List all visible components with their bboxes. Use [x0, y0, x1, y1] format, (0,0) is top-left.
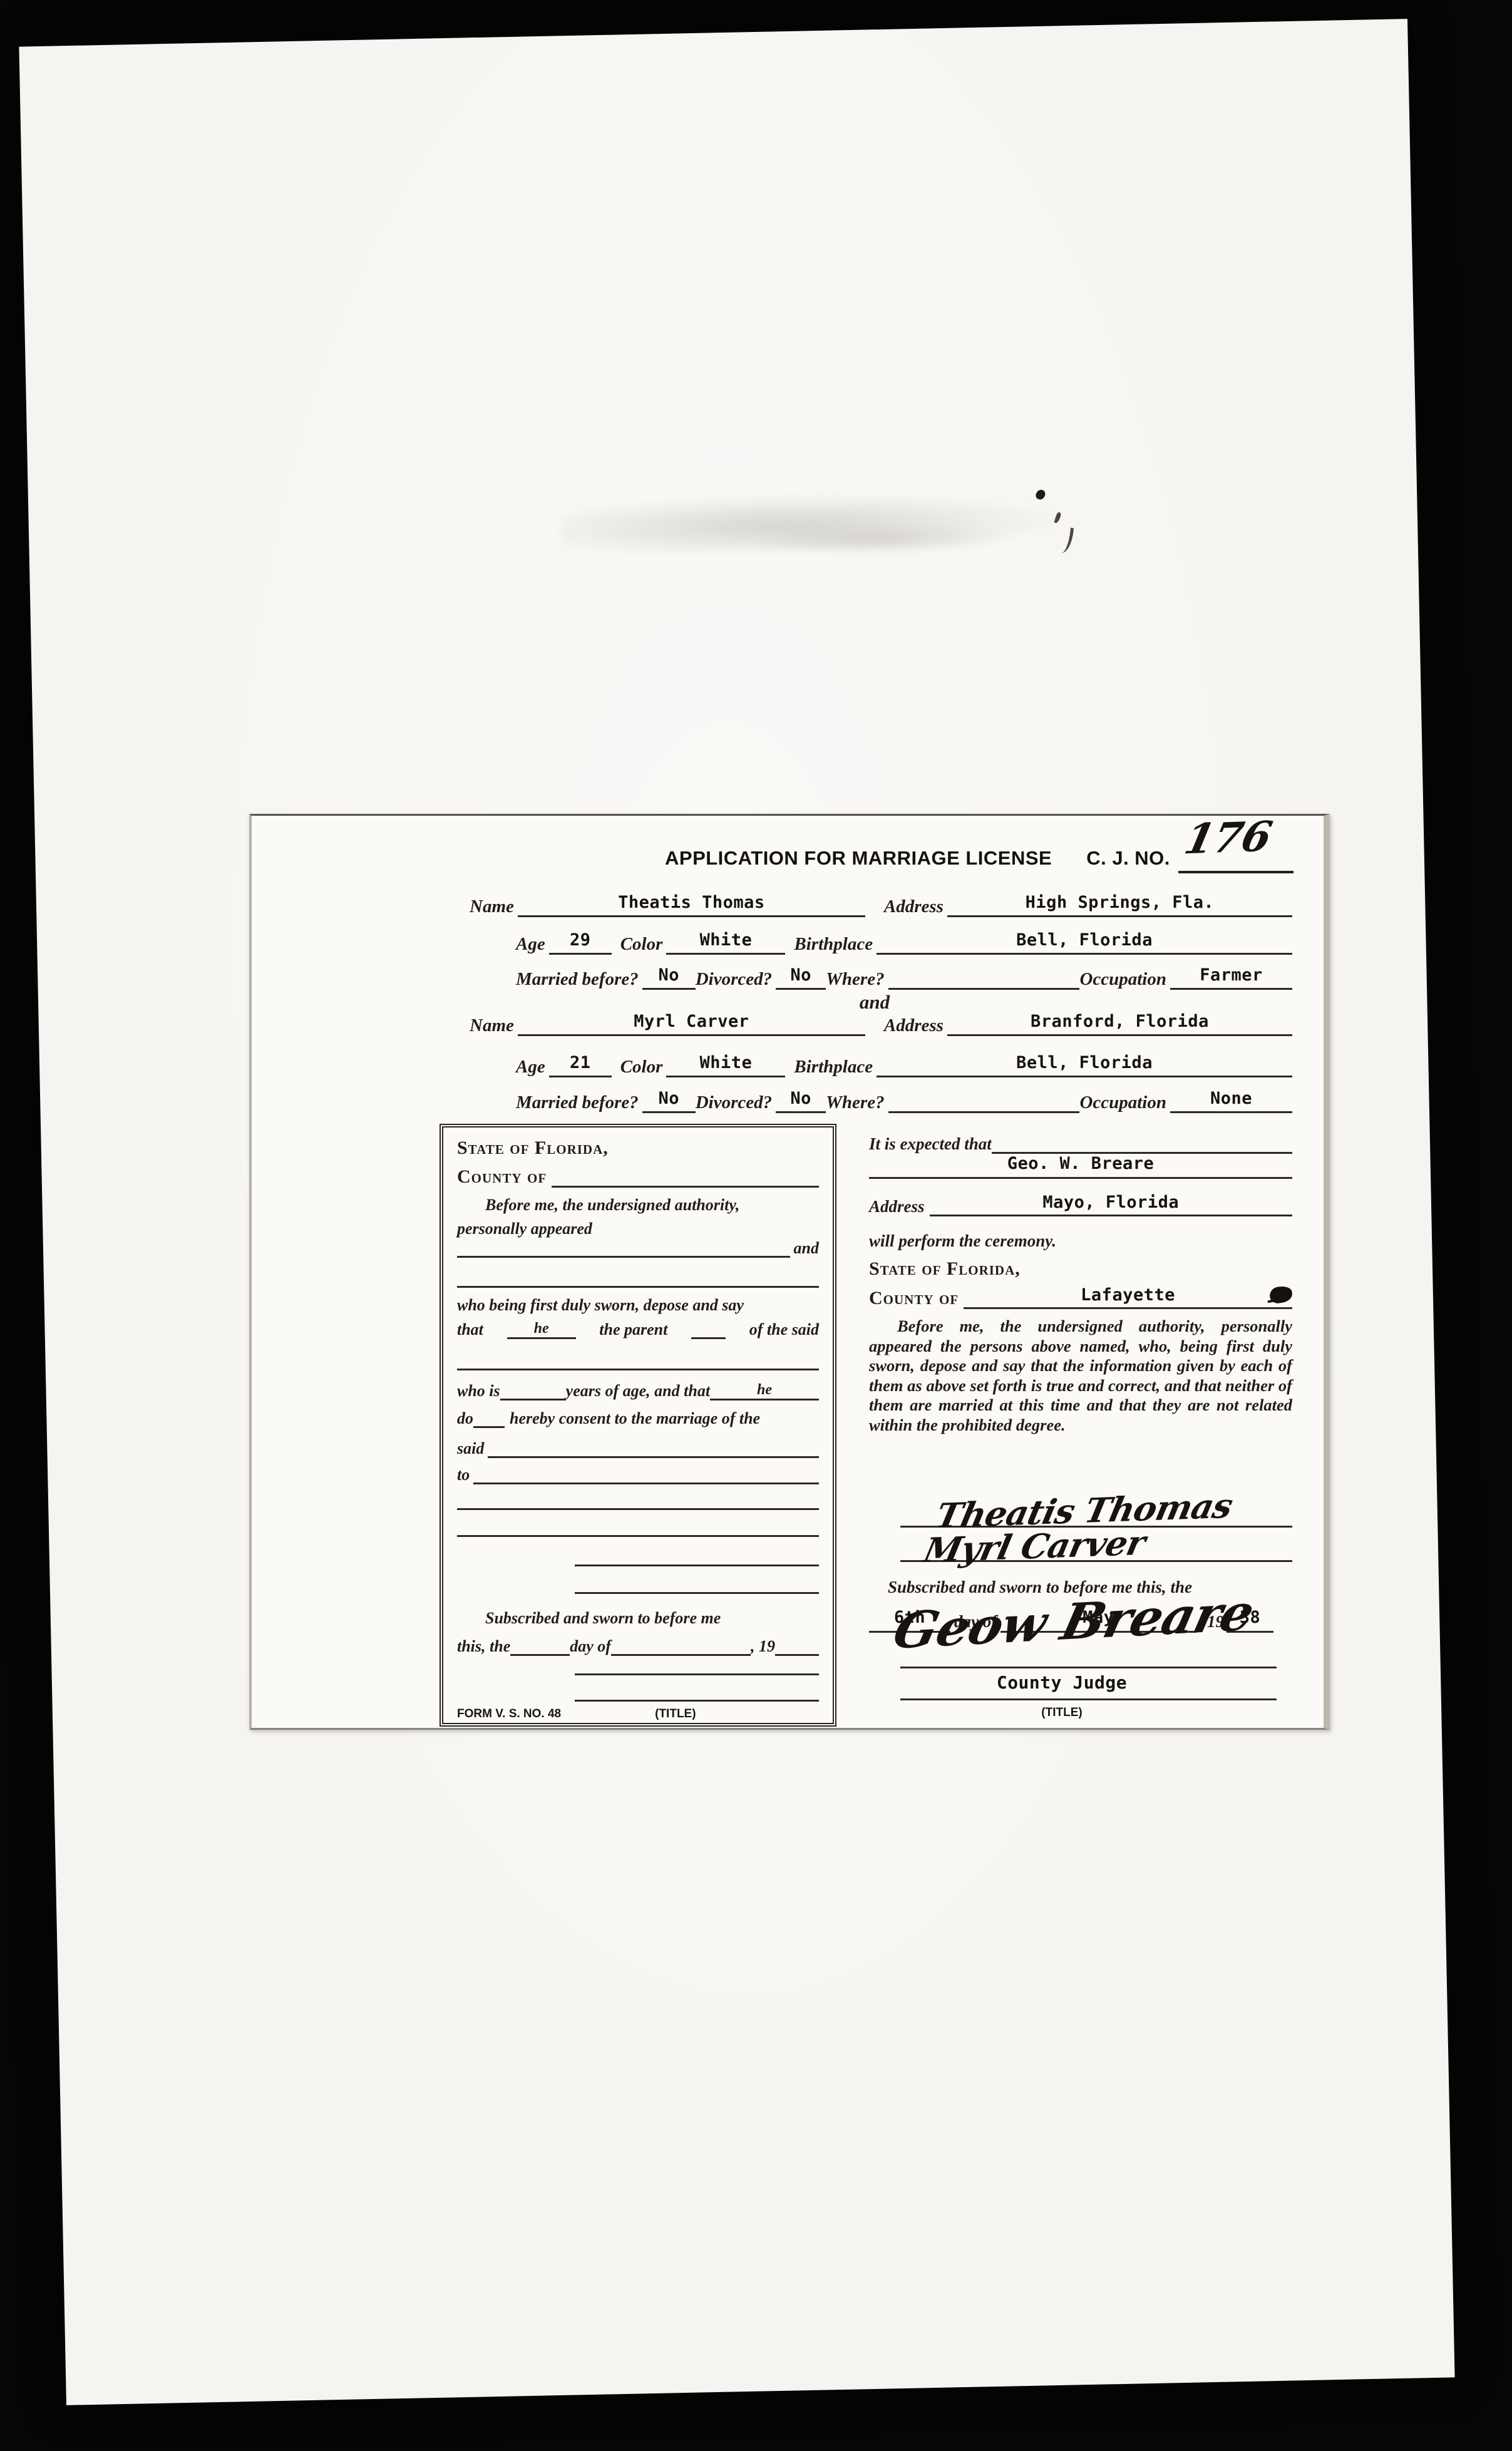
- applicant1-name-row: Name Theatis Thomas Address High Springs…: [470, 886, 1292, 917]
- groom-signature-line: Theatis Thomas: [900, 1489, 1292, 1528]
- officiant-address-row: Address Mayo, Florida: [869, 1190, 1292, 1216]
- applicant1-married-value: No: [642, 967, 696, 990]
- form-title: APPLICATION FOR MARRIAGE LICENSE: [665, 847, 1052, 869]
- affidavit-paragraph: Before me, the undersigned authority, pe…: [869, 1317, 1292, 1435]
- consent-parent-blank: [691, 1336, 726, 1339]
- officiant-name-line: Geo. W. Breare: [869, 1155, 1292, 1179]
- divorced-label: Divorced?: [696, 970, 776, 990]
- consent-age-blank: [500, 1397, 566, 1400]
- ceremony-county-row: County of Lafayette: [869, 1283, 1292, 1309]
- consent-signature-line-2: [575, 1592, 819, 1594]
- consent-subscribed-line: Subscribed and sworn to before me: [457, 1608, 819, 1628]
- consent-date-row: this, the day of , 19: [457, 1632, 819, 1656]
- consent-signature-line-1: [575, 1565, 819, 1566]
- consent-said-row: said: [457, 1434, 819, 1458]
- name-label: Name: [470, 898, 518, 917]
- consent-blank-line-4: [457, 1508, 819, 1510]
- applicant2-where-value: [888, 1107, 1080, 1113]
- applicant2-married-value: No: [642, 1090, 696, 1113]
- consent-said-blank: [488, 1455, 819, 1458]
- expected-label: It is expected that: [869, 1134, 992, 1154]
- applicant1-age-value: 29: [549, 932, 612, 955]
- consent-that: that: [457, 1320, 483, 1339]
- consent-footer: FORM V. S. NO. 48 (TITLE): [457, 1707, 819, 1721]
- consent-who-is: who is: [457, 1381, 500, 1400]
- consent-do-blank: [473, 1425, 505, 1428]
- consent-parent-row: that he the parent of the said: [457, 1318, 819, 1339]
- consent-years-text: years of age, and that: [566, 1381, 710, 1400]
- consent-he-fill: he: [507, 1321, 576, 1339]
- occupation-label: Occupation: [1079, 970, 1170, 990]
- applicant1-address-value: High Springs, Fla.: [947, 894, 1292, 917]
- name-label-2: Name: [470, 1017, 518, 1036]
- consent-sworn-line: who being first duly sworn, depose and s…: [457, 1295, 819, 1315]
- consent-year-prefix: , 19: [751, 1637, 775, 1656]
- consent-do: do: [457, 1409, 473, 1428]
- consent-state-heading: State of Florida,: [457, 1138, 819, 1159]
- ceremony-county-label: County of: [869, 1288, 964, 1310]
- applicant1-married-row: Married before? No Divorced? No Where? O…: [516, 958, 1292, 990]
- consent-month-blank: [611, 1653, 751, 1656]
- consent-blank-line-5: [457, 1535, 819, 1537]
- where-label-2: Where?: [826, 1094, 888, 1113]
- consent-and-row: and: [457, 1235, 819, 1258]
- consent-blank-line-1: [457, 1255, 790, 1258]
- occupation-label-2: Occupation: [1079, 1094, 1170, 1113]
- married-before-label-2: Married before?: [516, 1094, 642, 1113]
- applicant2-name-value: Myrl Carver: [518, 1013, 865, 1036]
- applicant2-address-value: Branford, Florida: [947, 1013, 1292, 1036]
- officiant-address-label: Address: [869, 1196, 930, 1216]
- applicant2-color-value: White: [666, 1054, 785, 1077]
- consent-before-line1: Before me, the undersigned authority,: [457, 1195, 819, 1215]
- title-line: [900, 1666, 1277, 1700]
- applicant1-divorced-value: No: [776, 967, 826, 990]
- ceremony-title-caption: (TITLE): [869, 1706, 1255, 1720]
- cj-number-line: [1178, 848, 1293, 873]
- address-label: Address: [884, 898, 947, 917]
- applicant2-birthplace-value: Bell, Florida: [877, 1054, 1292, 1077]
- applicant1-age-row: Age 29 Color White Birthplace Bell, Flor…: [516, 923, 1292, 955]
- age-label: Age: [516, 935, 549, 955]
- divorced-label-2: Divorced?: [696, 1094, 776, 1113]
- marriage-license-form: APPLICATION FOR MARRIAGE LICENSEC. J. NO…: [249, 814, 1330, 1730]
- consent-county-row: County of: [457, 1161, 819, 1188]
- consent-year-blank: [775, 1653, 819, 1656]
- officiant-name-value: Geo. W. Breare: [1007, 1154, 1155, 1173]
- consent-to: to: [457, 1465, 473, 1484]
- consent-officer-line-2: [575, 1700, 819, 1702]
- ceremony-county-value: Lafayette: [964, 1287, 1292, 1309]
- cj-number-label: C. J. NO.: [1086, 847, 1170, 869]
- applicant1-where-value: [888, 984, 1080, 990]
- expected-row: It is expected that: [869, 1129, 1292, 1154]
- applicant1-occupation-value: Farmer: [1170, 967, 1292, 990]
- applicant2-occupation-value: None: [1170, 1090, 1292, 1113]
- consent-of-the-said: of the said: [749, 1320, 819, 1339]
- consent-age-row: who is years of age, and that he: [457, 1378, 819, 1400]
- married-before-label: Married before?: [516, 970, 642, 990]
- color-label: Color: [620, 935, 667, 955]
- ceremony-state-heading: State of Florida,: [869, 1258, 1021, 1280]
- consent-officer-line-1: [575, 1673, 819, 1675]
- applicant1-birthplace-value: Bell, Florida: [877, 932, 1292, 955]
- consent-county-label: County of: [457, 1166, 552, 1188]
- consent-to-row: to: [457, 1461, 819, 1484]
- erased-smudge-2: [749, 522, 1012, 558]
- color-label-2: Color: [620, 1058, 667, 1077]
- consent-said: said: [457, 1439, 488, 1458]
- bride-signature-line: Myrl Carver: [900, 1526, 1292, 1562]
- consent-consent-text: hereby consent to the marriage of the: [505, 1409, 760, 1428]
- form-number: FORM V. S. NO. 48: [457, 1707, 561, 1721]
- address-label-2: Address: [884, 1017, 947, 1036]
- parental-consent-box: State of Florida, County of Before me, t…: [440, 1124, 836, 1727]
- consent-day-blank: [510, 1653, 570, 1656]
- bride-signature: Myrl Carver: [920, 1523, 1149, 1570]
- consent-day-of: day of: [570, 1637, 611, 1656]
- applicant2-divorced-value: No: [776, 1090, 826, 1113]
- officiant-address-value: Mayo, Florida: [930, 1194, 1292, 1216]
- applicant1-color-value: White: [666, 932, 785, 955]
- consent-this-the: this, the: [457, 1637, 510, 1656]
- form-header: APPLICATION FOR MARRIAGE LICENSEC. J. NO…: [665, 847, 1170, 870]
- applicant1-name-value: Theatis Thomas: [518, 894, 865, 917]
- applicant2-married-row: Married before? No Divorced? No Where? O…: [516, 1082, 1292, 1113]
- where-label: Where?: [826, 970, 888, 990]
- age-label-2: Age: [516, 1058, 549, 1077]
- consent-blank-line-2: [457, 1286, 819, 1288]
- birthplace-label-2: Birthplace: [794, 1058, 877, 1077]
- birthplace-label: Birthplace: [794, 935, 877, 955]
- applicant2-name-row: Name Myrl Carver Address Branford, Flori…: [470, 1005, 1292, 1036]
- consent-he2-fill: he: [710, 1382, 819, 1400]
- applicant2-age-row: Age 21 Color White Birthplace Bell, Flor…: [516, 1046, 1292, 1077]
- consent-to-blank: [473, 1481, 819, 1484]
- perform-line: will perform the ceremony.: [869, 1231, 1056, 1251]
- consent-county-blank: [552, 1184, 819, 1188]
- applicant2-age-value: 21: [549, 1054, 612, 1077]
- consent-do-row: do hereby consent to the marriage of the: [457, 1405, 819, 1428]
- ceremony-section: It is expected that Geo. W. Breare Addre…: [869, 1129, 1292, 1727]
- consent-title-caption: (TITLE): [655, 1707, 696, 1721]
- consent-the-parent: the parent: [599, 1320, 667, 1339]
- consent-blank-line-3: [457, 1369, 819, 1370]
- consent-and-word: and: [790, 1238, 819, 1258]
